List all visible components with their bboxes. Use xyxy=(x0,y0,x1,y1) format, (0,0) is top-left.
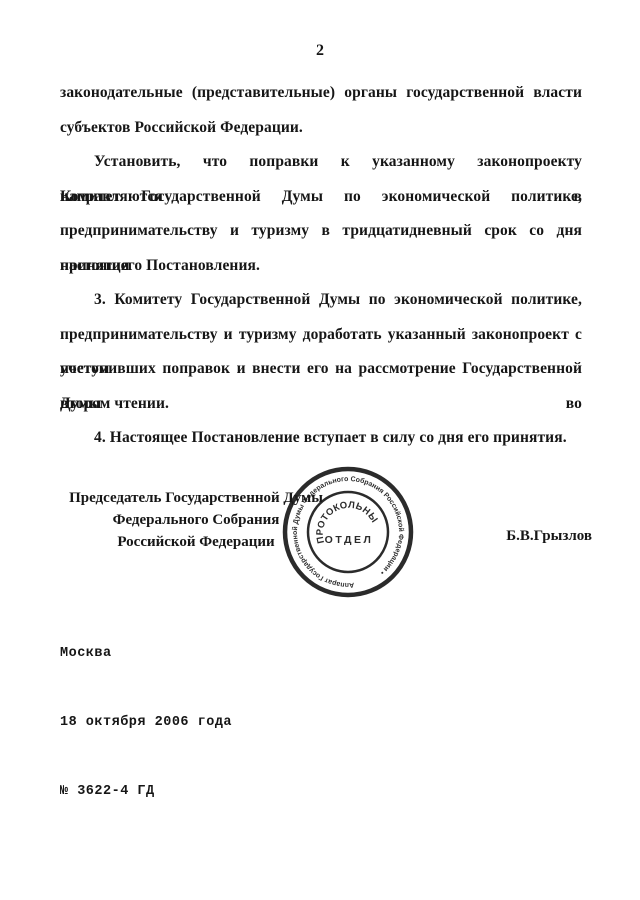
footer-block: Москва 18 октября 2006 года № 3622-4 ГД xyxy=(60,596,232,849)
footer-city: Москва xyxy=(60,642,232,665)
document-body: законодательные (представительные) орган… xyxy=(60,76,582,456)
body-line: 4. Настоящее Постановление вступает в си… xyxy=(60,421,582,456)
stamp-center-text: ОТДЕЛ xyxy=(325,534,374,546)
body-line: 3. Комитету Государственной Думы по экон… xyxy=(60,283,582,318)
signer-name: Б.В.Грызлов xyxy=(506,528,592,545)
body-line: предпринимательству и туризму в тридцати… xyxy=(60,214,582,249)
body-line: настоящего Постановления. xyxy=(60,249,582,284)
page-number: 2 xyxy=(0,42,640,60)
footer-number: № 3622-4 ГД xyxy=(60,780,232,803)
footer-date: 18 октября 2006 года xyxy=(60,711,232,734)
protocol-stamp-icon: Аппарат Государственной Думы Федеральног… xyxy=(280,464,416,600)
document-page: 2 законодательные (представительные) орг… xyxy=(0,0,640,900)
body-line: предпринимательству и туризму доработать… xyxy=(60,318,582,353)
stamp-outer-ring xyxy=(285,469,411,595)
body-line: законодательные (представительные) орган… xyxy=(60,76,582,111)
body-line: Комитет Государственной Думы по экономич… xyxy=(60,180,582,215)
body-line: субъектов Российской Федерации. xyxy=(60,111,582,146)
body-line: Установить, что поправки к указанному за… xyxy=(60,145,582,180)
stamp-ring-text: Аппарат Государственной Думы Федеральног… xyxy=(280,464,416,599)
body-line: поступивших поправок и внести его на рас… xyxy=(60,352,582,387)
